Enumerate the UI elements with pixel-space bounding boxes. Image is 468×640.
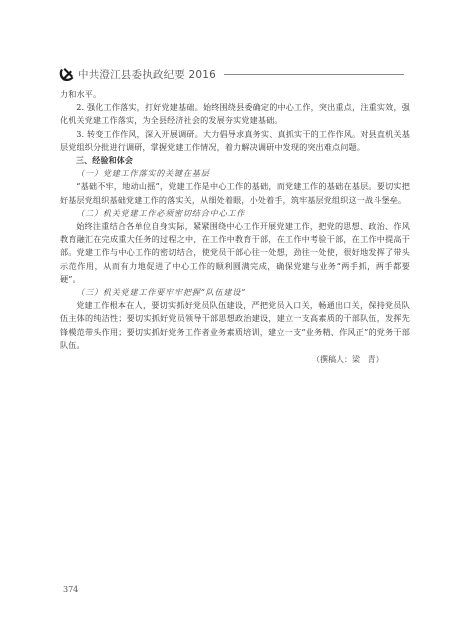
paragraph-continuation: 力和水平。 [60,88,410,101]
running-header: 中共澄江县委执政纪要 2016 [58,66,404,82]
paragraph-team-building: 党建工作根本在人，要切实抓好党员队伍建设，严把党员入口关，畅通出口关，保持党员队… [60,299,410,352]
paragraph-central-work: 始终注重结合各单位自身实际，紧紧围绕中心工作开展党建工作，把党的思想、政治、作风… [60,220,410,286]
paragraph-change-style: 3. 转变工作作风，深入开展调研。大力倡导求真务实、真抓实干的工作作风。对县直机… [60,128,410,154]
subsection-title-1: （一）党建工作落实的关键在基层 [60,167,410,180]
paragraph-foundation: “基础不牢，地动山摇”，党建工作是中心工作的基础，而党建工作的基础在基层。要切实… [60,180,410,206]
document-page: 中共澄江县委执政纪要 2016 力和水平。 2. 强化工作落实，打好党建基础。始… [0,0,468,640]
subsection-title-3: （三）机关党建工作要牢牢把握“队伍建设” [60,286,410,299]
body-text: 力和水平。 2. 强化工作落实，打好党建基础。始终围绕县委确定的中心工作，突出重… [60,88,410,352]
page-number: 374 [63,585,78,594]
party-emblem-icon [58,67,75,82]
subsection-title-2: （二）机关党建工作必须密切结合中心工作 [60,207,410,220]
author-byline: （撰稿人：梁 青） [312,354,384,365]
header-rule [224,74,404,75]
paragraph-strengthen-work: 2. 强化工作落实，打好党建基础。始终围绕县委确定的中心工作，突出重点，注重实效… [60,101,410,127]
header-title: 中共澄江县委执政纪要 2016 [78,67,216,82]
section-title-experience: 三、经验和体会 [60,154,410,167]
